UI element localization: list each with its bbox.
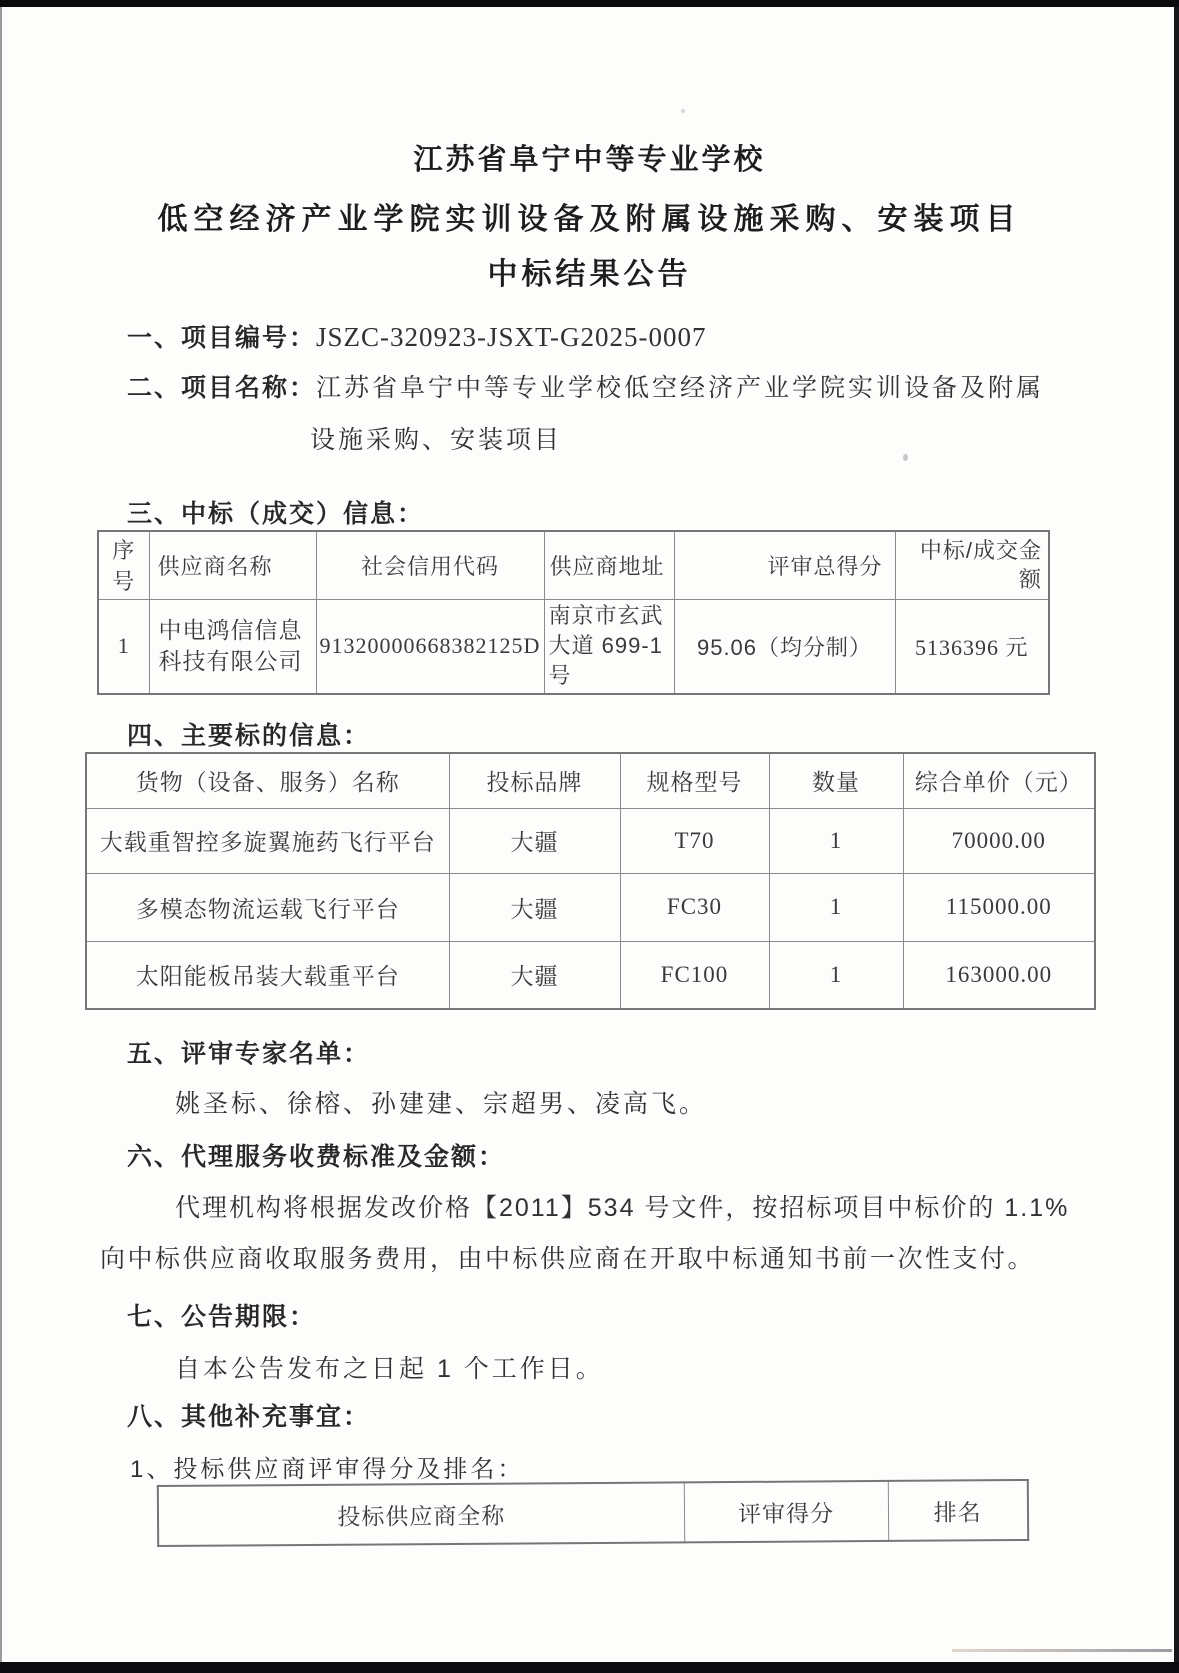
item-price: 115000.00 <box>903 873 1095 941</box>
section-agency-fee-heading: 六、代理服务收费标准及金额： <box>127 1137 505 1173</box>
main-items-table: 货物（设备、服务）名称 投标品牌 规格型号 数量 综合单价（元） 大载重智控多旋… <box>85 752 1096 1010</box>
items-table-header-row: 货物（设备、服务）名称 投标品牌 规格型号 数量 综合单价（元） <box>86 753 1095 808</box>
item-brand: 大疆 <box>449 808 620 873</box>
scan-speck <box>903 454 908 461</box>
ranking-table-header-row: 投标供应商全称 评审得分 排名 <box>158 1480 1028 1546</box>
supplier-ranking-table: 投标供应商全称 评审得分 排名 <box>157 1479 1029 1547</box>
item-qty: 1 <box>769 873 903 941</box>
project-name-line2: 设施采购、安装项目 <box>310 420 562 456</box>
item-model: FC30 <box>620 873 769 941</box>
ranking-th-score: 评审得分 <box>684 1481 888 1542</box>
announcement-period-text: 自本公告发布之日起 1 个工作日。 <box>175 1349 604 1385</box>
ranking-th-rank: 排名 <box>888 1480 1028 1541</box>
award-th-amount: 中标/成交金额 <box>895 531 1049 599</box>
award-cell-seq: 1 <box>98 599 149 694</box>
items-table-row: 大载重智控多旋翼施药飞行平台 大疆 T70 1 70000.00 <box>86 808 1095 873</box>
award-info-table: 序号 供应商名称 社会信用代码 供应商地址 评审总得分 中标/成交金额 1 中电… <box>97 530 1050 695</box>
section-other-matters-heading: 八、其他补充事宜： <box>127 1397 370 1433</box>
item-qty: 1 <box>769 941 903 1009</box>
award-table-data-row: 1 中电鸿信信息科技有限公司 91320000668382125D 南京市玄武大… <box>98 599 1049 694</box>
experts-names: 姚圣标、徐榕、孙建建、宗超男、凌高飞。 <box>175 1084 707 1120</box>
ranking-th-supplier: 投标供应商全称 <box>158 1482 684 1546</box>
items-table-row: 多模态物流运载飞行平台 大疆 FC30 1 115000.00 <box>86 873 1095 941</box>
doc-title-school: 江苏省阜宁中等专业学校 <box>0 137 1179 178</box>
scanned-document-page: 江苏省阜宁中等专业学校 低空经济产业学院实训设备及附属设施采购、安装项目 中标结… <box>0 0 1179 1673</box>
item-brand: 大疆 <box>449 941 620 1009</box>
award-table-header-row: 序号 供应商名称 社会信用代码 供应商地址 评审总得分 中标/成交金额 <box>98 531 1049 599</box>
supplier-ranking-subheading: 1、投标供应商评审得分及排名： <box>130 1449 524 1484</box>
award-th-address: 供应商地址 <box>544 531 674 599</box>
scan-speck <box>681 109 685 113</box>
doc-title-project: 低空经济产业学院实训设备及附属设施采购、安装项目 <box>0 194 1179 238</box>
section-project-number: 一、项目编号：JSZC-320923-JSXT-G2025-0007 <box>127 318 707 354</box>
item-model: FC100 <box>620 941 769 1009</box>
section-award-info-heading: 三、中标（成交）信息： <box>127 494 424 530</box>
item-name: 多模态物流运载飞行平台 <box>86 873 449 941</box>
project-name-label: 二、项目名称： <box>127 374 316 402</box>
award-cell-score: 95.06（均分制） <box>674 599 895 694</box>
project-number-label: 一、项目编号： <box>127 324 316 352</box>
award-cell-code: 91320000668382125D <box>316 599 544 694</box>
award-th-seq: 序号 <box>98 531 149 599</box>
items-table-row: 太阳能板吊装大载重平台 大疆 FC100 1 163000.00 <box>86 941 1095 1009</box>
award-th-supplier: 供应商名称 <box>149 531 316 599</box>
doc-title-announcement: 中标结果公告 <box>0 249 1179 293</box>
item-price: 163000.00 <box>903 941 1095 1009</box>
award-th-code: 社会信用代码 <box>316 531 544 599</box>
item-name: 太阳能板吊装大载重平台 <box>86 941 449 1009</box>
scan-edge-top <box>0 0 1179 7</box>
agency-fee-line1: 代理机构将根据发改价格【2011】534 号文件，按招标项目中标价的 1.1% <box>175 1188 1069 1224</box>
items-th-model: 规格型号 <box>620 753 769 808</box>
scan-artifact-line <box>952 1649 1172 1652</box>
award-th-score: 评审总得分 <box>674 531 895 599</box>
section-announcement-period-heading: 七、公告期限： <box>127 1297 316 1333</box>
award-cell-address: 南京市玄武大道 699-1 号 <box>544 599 674 694</box>
award-cell-supplier: 中电鸿信信息科技有限公司 <box>149 599 316 694</box>
item-model: T70 <box>620 808 769 873</box>
project-name-line1: 江苏省阜宁中等专业学校低空经济产业学院实训设备及附属 <box>316 374 1044 402</box>
items-th-qty: 数量 <box>769 753 903 808</box>
section-project-name: 二、项目名称：江苏省阜宁中等专业学校低空经济产业学院实训设备及附属 <box>127 368 1044 404</box>
items-th-brand: 投标品牌 <box>449 753 620 808</box>
item-brand: 大疆 <box>449 873 620 941</box>
project-number-value: JSZC-320923-JSXT-G2025-0007 <box>316 322 707 352</box>
award-cell-amount: 5136396 元 <box>895 599 1049 694</box>
agency-fee-line2: 向中标供应商收取服务费用，由中标供应商在开取中标通知书前一次性支付。 <box>100 1239 1035 1275</box>
scan-edge-bottom <box>0 1662 1179 1673</box>
items-th-price: 综合单价（元） <box>903 753 1095 808</box>
item-name: 大载重智控多旋翼施药飞行平台 <box>86 808 449 873</box>
section-main-items-heading: 四、主要标的信息： <box>127 716 370 752</box>
section-experts-heading: 五、评审专家名单： <box>127 1034 370 1070</box>
item-price: 70000.00 <box>903 808 1095 873</box>
item-qty: 1 <box>769 808 903 873</box>
items-th-name: 货物（设备、服务）名称 <box>86 753 449 808</box>
